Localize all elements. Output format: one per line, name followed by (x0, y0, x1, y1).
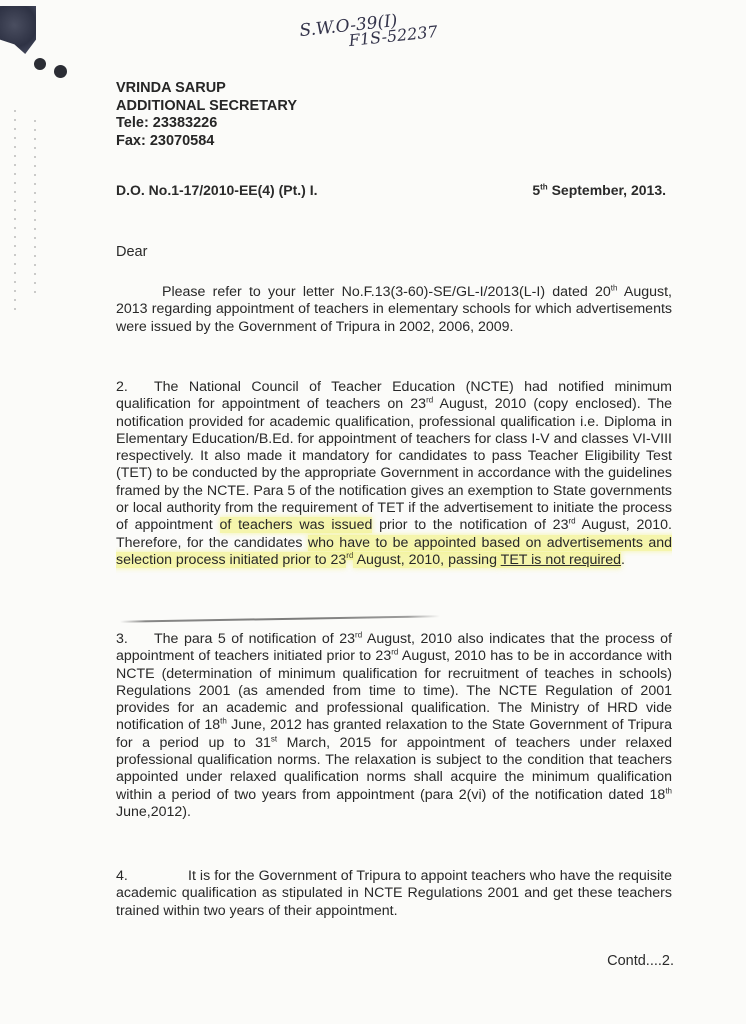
p3-text: June,2012). (116, 804, 191, 820)
p3-sup: th (220, 717, 227, 726)
paragraph-number: 4. (116, 868, 188, 885)
pen-underline (120, 615, 440, 623)
paragraph-number: 2. (116, 379, 154, 396)
sender-fax: Fax: 23070584 (116, 133, 297, 151)
letter-date: 5th September, 2013. (532, 182, 666, 198)
p1-text: Please refer to your letter No.F.13(3-60… (162, 284, 611, 300)
date-day: 5 (532, 182, 540, 198)
scan-artifact (0, 6, 36, 54)
continuation-marker: Contd....2. (607, 953, 674, 969)
paragraph-3: 3.The para 5 of notification of 23rd Aug… (116, 631, 672, 821)
highlighted-text: of teachers was issued (220, 517, 373, 533)
sender-tele: Tele: 23383226 (116, 115, 297, 133)
punch-hole-icon (54, 65, 67, 78)
sender-block: VRINDA SARUP ADDITIONAL SECRETARY Tele: … (116, 80, 297, 150)
p3-sup: th (665, 786, 672, 795)
scan-noise (14, 110, 16, 310)
p2-text: August, 2010 (copy enclosed). The notifi… (116, 396, 672, 533)
date-rest: September, 2013. (548, 182, 666, 198)
highlighted-text: August, 2010, passing (353, 552, 500, 568)
letter-page: S.W.O-39(I) F1S-52237 VRINDA SARUP ADDIT… (0, 0, 746, 1024)
p3-text: The para 5 of notification of 23 (154, 631, 355, 647)
sender-name: VRINDA SARUP (116, 80, 297, 98)
paragraph-number: 3. (116, 631, 154, 648)
underlined-text: TET is not required (501, 552, 621, 568)
date-suffix: th (540, 182, 548, 191)
reference-number: D.O. No.1-17/2010-EE(4) (Pt.) I. (116, 182, 318, 198)
paragraph-4: 4.It is for the Government of Tripura to… (116, 868, 672, 920)
salutation: Dear (116, 244, 147, 260)
p4-text: It is for the Government of Tripura to a… (116, 868, 672, 919)
paragraph-2: 2.The National Council of Teacher Educat… (116, 379, 672, 569)
p2-text: prior to the notification of 23 (372, 517, 568, 533)
punch-hole-icon (34, 58, 46, 70)
paragraph-1: Please refer to your letter No.F.13(3-60… (116, 284, 672, 336)
scan-noise (34, 120, 36, 300)
p2-text: . (621, 552, 625, 568)
p2-sup: rd (568, 517, 575, 526)
handwritten-note: S.W.O-39(I) F1S-52237 (299, 9, 439, 54)
sender-designation: ADDITIONAL SECRETARY (116, 98, 297, 116)
